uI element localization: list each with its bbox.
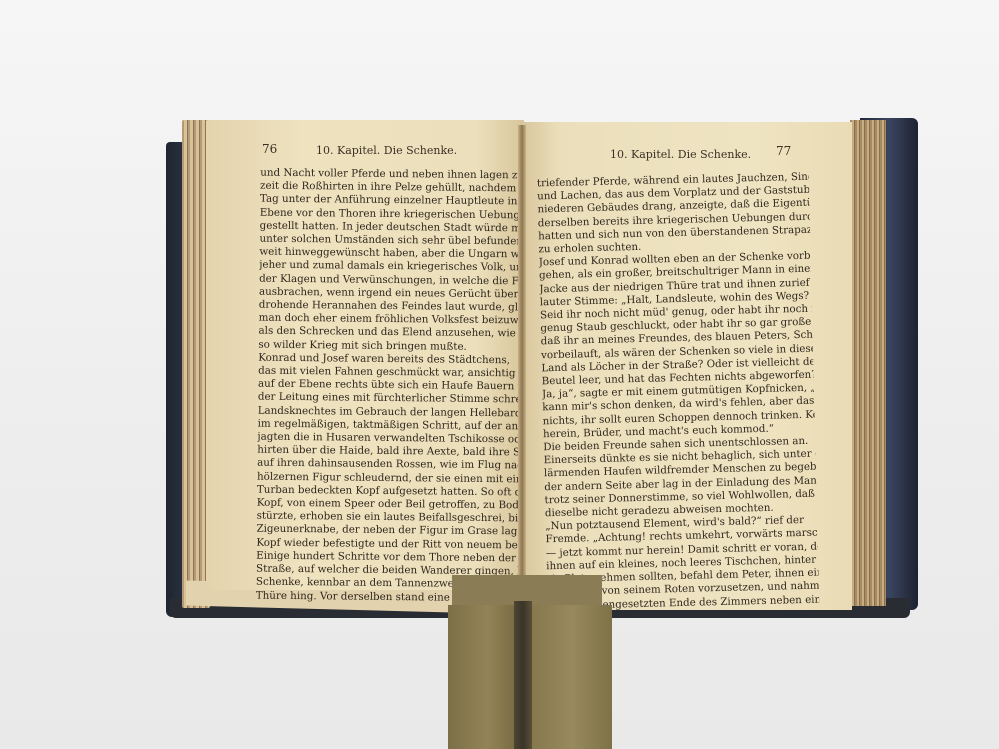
left-page: 76 10. Kapitel. Die Schenke. und Nacht v… — [206, 120, 524, 590]
running-head-right: 10. Kapitel. Die Schenke. — [610, 148, 751, 161]
right-page: 10. Kapitel. Die Schenke. 77 triefender … — [520, 122, 852, 610]
page-number-left: 76 — [262, 142, 277, 156]
page-weight-right-block — [532, 605, 612, 749]
right-page-text: triefender Pferde, während ein lautes Ja… — [537, 171, 820, 613]
brass-page-weight — [448, 575, 616, 749]
running-head-left: 10. Kapitel. Die Schenke. — [316, 144, 457, 157]
left-page-text: und Nacht voller Pferde und neben ihnen … — [256, 167, 523, 605]
book-gutter — [518, 125, 526, 605]
page-weight-slot — [514, 601, 532, 749]
page-number-right: 77 — [776, 144, 791, 158]
page-weight-left-block — [448, 605, 514, 749]
page-edges-right — [850, 120, 886, 606]
